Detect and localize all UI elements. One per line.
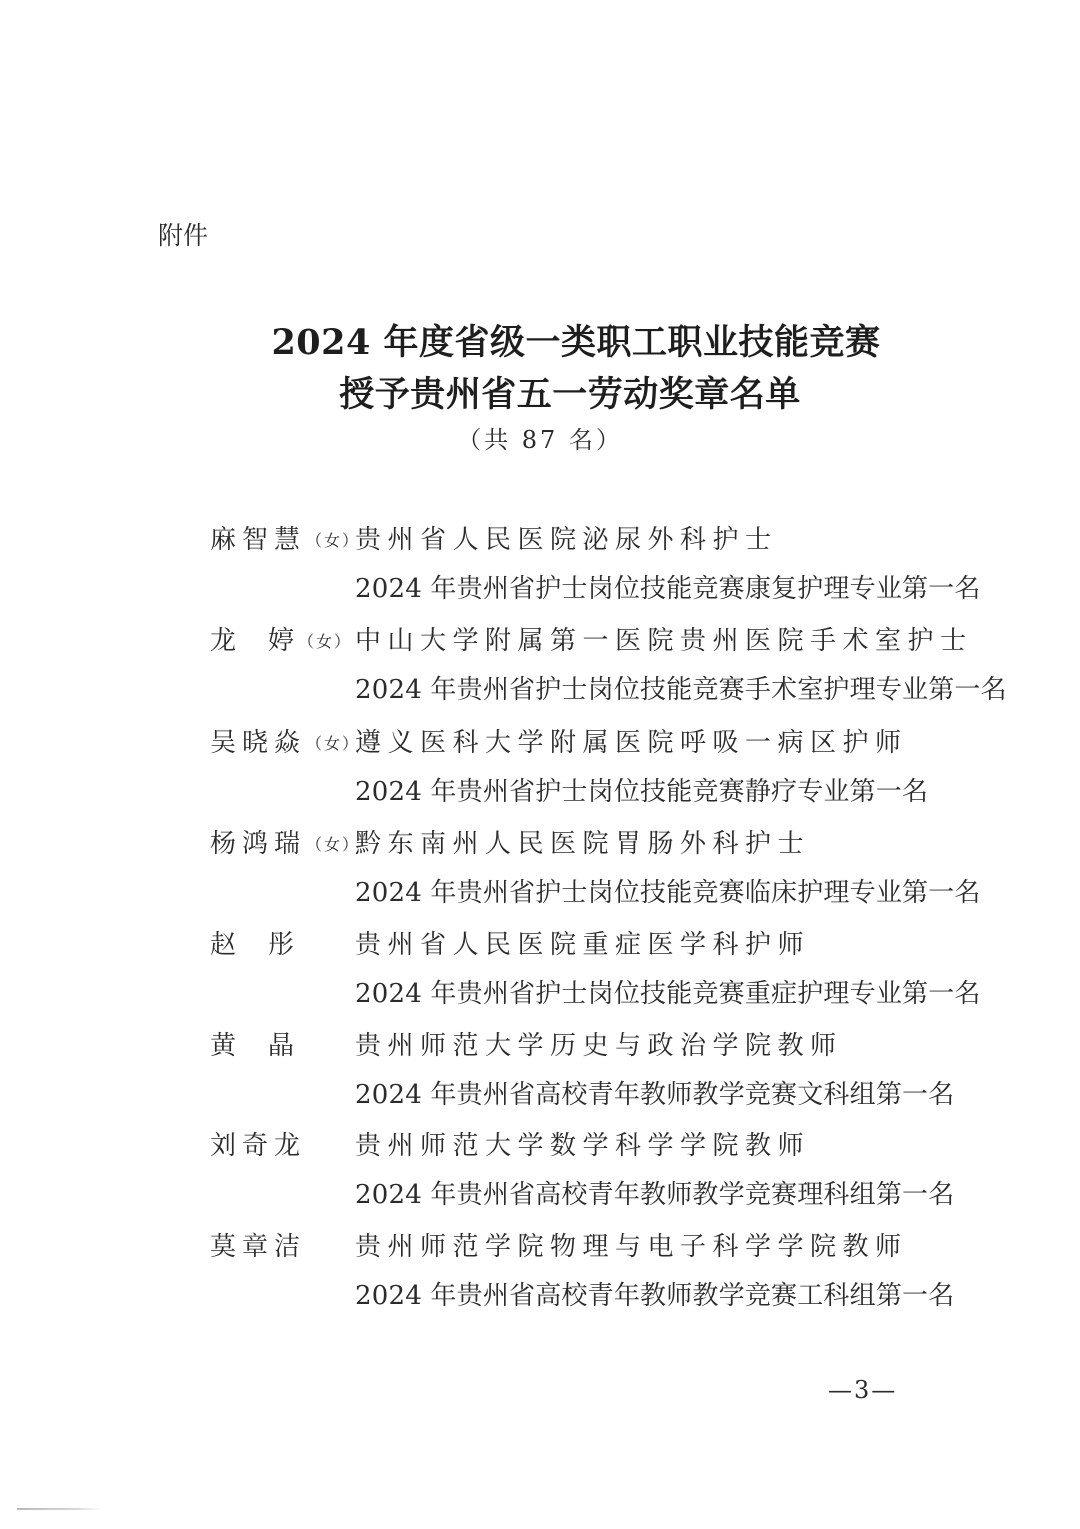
recipient-award: 2024 年贵州省高校青年教师教学竞赛文科组第一名 <box>355 1079 954 1111</box>
recipient-workplace: 中山大学附属第一医院贵州医院手术室护士 <box>355 625 973 657</box>
award-entry: 麻智慧（女） 贵州省人民医院泌尿外科护士 2024 年贵州省护士岗位技能竞赛康复… <box>0 524 1080 624</box>
page-number: —3— <box>828 1376 897 1404</box>
recipient-name: 黄晶 <box>210 1031 326 1061</box>
document-subtitle-count: （共 87 名） <box>0 420 1080 455</box>
award-entry: 黄晶 贵州师范大学历史与政治学院教师 2024 年贵州省高校青年教师教学竞赛文科… <box>0 1030 1080 1130</box>
document-title-line-2: 授予贵州省五一劳动奖章名单 <box>30 367 1080 417</box>
recipient-name: 刘奇龙 <box>210 1131 306 1161</box>
recipient-name-line: 龙婷（女） <box>210 625 352 658</box>
recipient-award: 2024 年贵州省高校青年教师教学竞赛理科组第一名 <box>355 1179 954 1211</box>
recipient-name-line: 吴晓焱（女） <box>210 727 360 760</box>
recipient-gender: （女） <box>298 632 352 651</box>
award-entry: 杨鸿瑞（女） 黔东南州人民医院胃肠外科护士 2024 年贵州省护士岗位技能竞赛临… <box>0 828 1080 928</box>
recipient-name: 吴晓焱 <box>210 728 306 758</box>
recipient-name-line: 莫章洁 <box>210 1231 306 1263</box>
recipient-gender: （女） <box>306 531 360 550</box>
recipient-workplace: 贵州师范大学数学科学学院教师 <box>355 1130 810 1162</box>
recipient-award: 2024 年贵州省护士岗位技能竞赛临床护理专业第一名 <box>355 877 981 909</box>
recipient-award: 2024 年贵州省护士岗位技能竞赛静疗专业第一名 <box>355 776 928 808</box>
document-title-line-1: 2024 年度省级一类职工职业技能竞赛 <box>36 315 1080 365</box>
recipient-workplace: 贵州师范大学历史与政治学院教师 <box>355 1030 843 1062</box>
recipient-workplace: 黔东南州人民医院胃肠外科护士 <box>355 828 810 860</box>
recipient-name: 赵彤 <box>210 930 326 960</box>
recipient-workplace: 贵州省人民医院重症医学科护师 <box>355 929 810 961</box>
award-entry: 赵彤 贵州省人民医院重症医学科护师 2024 年贵州省护士岗位技能竞赛重症护理专… <box>0 929 1080 1029</box>
recipient-name: 麻智慧 <box>210 525 306 555</box>
recipient-name-line: 赵彤 <box>210 929 326 961</box>
recipient-award: 2024 年贵州省护士岗位技能竞赛康复护理专业第一名 <box>355 573 981 605</box>
recipient-award: 2024 年贵州省护士岗位技能竞赛重症护理专业第一名 <box>355 978 981 1010</box>
award-entry: 龙婷（女） 中山大学附属第一医院贵州医院手术室护士 2024 年贵州省护士岗位技… <box>0 625 1080 725</box>
recipient-name-line: 刘奇龙 <box>210 1130 306 1162</box>
recipient-name-line: 麻智慧（女） <box>210 524 360 557</box>
recipient-award: 2024 年贵州省护士岗位技能竞赛手术室护理专业第一名 <box>355 674 1007 706</box>
recipient-gender: （女） <box>306 734 360 753</box>
recipient-name: 杨鸿瑞 <box>210 829 306 859</box>
recipient-workplace: 遵义医科大学附属医院呼吸一病区护师 <box>355 727 908 759</box>
award-entry: 吴晓焱（女） 遵义医科大学附属医院呼吸一病区护师 2024 年贵州省护士岗位技能… <box>0 727 1080 827</box>
recipient-award: 2024 年贵州省高校青年教师教学竞赛工科组第一名 <box>355 1280 954 1312</box>
recipient-name-line: 杨鸿瑞（女） <box>210 828 360 861</box>
award-entry: 莫章洁 贵州师范学院物理与电子科学学院教师 2024 年贵州省高校青年教师教学竞… <box>0 1231 1080 1331</box>
recipient-name: 莫章洁 <box>210 1232 306 1262</box>
attachment-label: 附件 <box>158 216 208 252</box>
scan-artifact-line <box>17 1508 102 1510</box>
recipient-gender: （女） <box>306 835 360 854</box>
recipient-workplace: 贵州师范学院物理与电子科学学院教师 <box>355 1231 908 1263</box>
recipient-name-line: 黄晶 <box>210 1030 326 1062</box>
award-entry: 刘奇龙 贵州师范大学数学科学学院教师 2024 年贵州省高校青年教师教学竞赛理科… <box>0 1130 1080 1230</box>
recipient-workplace: 贵州省人民医院泌尿外科护士 <box>355 524 778 556</box>
